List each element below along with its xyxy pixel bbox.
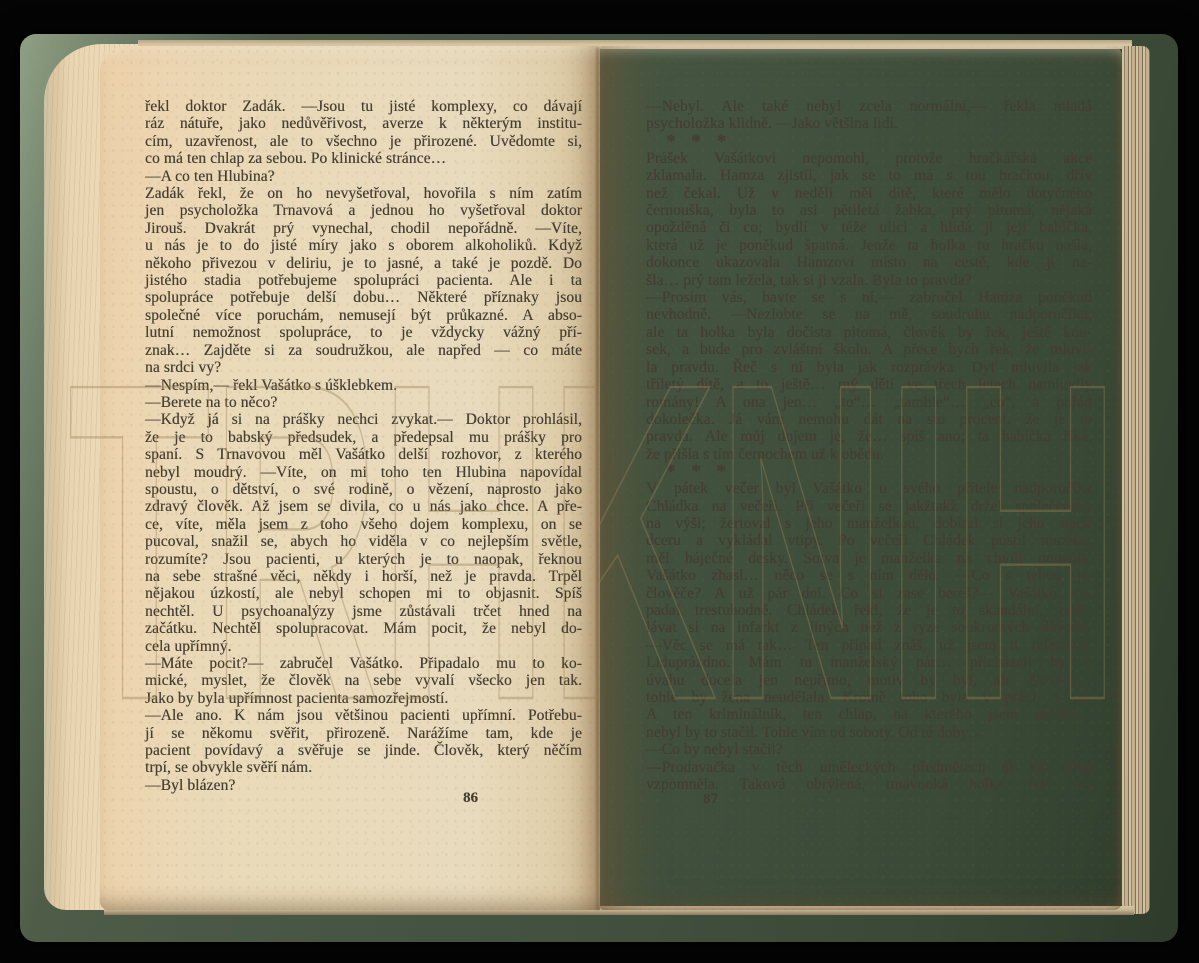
text-line: na sebe strašné věci, někdy i horší, než… <box>145 568 582 585</box>
text-line: lutní nemožnost spolupráce, to je vždyck… <box>145 324 582 341</box>
text-line: nechtěl. U psychoanalýzy jsme zůstávali … <box>145 603 582 620</box>
text-line: na srdci vy? <box>145 359 582 376</box>
text-line: —Byl blázen? <box>145 777 582 794</box>
text-line: Zadák řekl, že on ho nevyšetřoval, hovoř… <box>145 185 582 202</box>
text-line: trpí, se obvykle svěří nám. <box>145 759 582 776</box>
section-separator: * * * <box>646 133 1092 150</box>
text-line: —Prodavačka v těch uměleckých předmětech… <box>646 759 1092 776</box>
text-line: ale ta holka byla dočista pitomá, člověk… <box>646 324 1092 341</box>
text-line: ce, víte, měla jsem z toho všeho dojem k… <box>145 516 582 533</box>
right-page-text: —Nebyl. Ale také nebyl zcela normální,— … <box>646 98 1092 793</box>
text-line: měl báječné desky. Sotva je manželka na … <box>646 550 1092 567</box>
text-line: na výši; žertoval s jeho manželkou, dobí… <box>646 515 1092 532</box>
gutter-crease <box>596 48 599 910</box>
text-line: která už je poněkud špatná. Jenže ta hol… <box>646 237 1092 254</box>
text-line: pucoval, snažil se, abych ho viděla v co… <box>145 533 582 550</box>
text-line: dokonce ukazovala Hamzovi místo na cestě… <box>646 254 1092 271</box>
text-line: znak… Zajděte si za soudružkou, ale např… <box>145 342 582 359</box>
text-line: opožděná či co; bydlí v téže ulici a hlí… <box>646 219 1092 236</box>
page-edge-stack-right <box>1122 46 1150 914</box>
text-line: člověče? A už pár dní. Co si zase bereš?… <box>646 585 1092 602</box>
text-line: nebyl by to stačil. Tohle vím od soboty.… <box>646 724 1092 741</box>
text-line: spoustu, o dětství, o své rodině, o věze… <box>145 481 582 498</box>
text-line: ráz nátuře, jako nedůvěřivost, averze k … <box>145 115 582 132</box>
text-line: Liduprázdno. Mám tu manželský pár… přich… <box>646 654 1092 671</box>
text-line: černouška, byla to asi pětiletá žabka, p… <box>646 202 1092 219</box>
text-line: padal trestuhodně. Chládek řekl, že je t… <box>646 602 1092 619</box>
page-number-right: 87 <box>703 791 718 807</box>
text-line: rozumíte? Jsou pacienti, u kterých je to… <box>145 551 582 568</box>
text-line: jistého stadia potřebujeme spolupráci pa… <box>145 272 582 289</box>
text-line: tříletý dítě, a to ještě… mý děti ve tře… <box>646 376 1092 393</box>
text-line: —Máte pocit?— zabručel Vašátko. Připadal… <box>145 655 582 672</box>
text-line: úvahu docela jen nepřímo, motiv by byl, … <box>646 672 1092 689</box>
text-line: Prášek Vašátkovi nepomohl, protože hračk… <box>646 150 1092 167</box>
text-line: —Věc se má tak… Ten případ znáš, už jsem… <box>646 637 1092 654</box>
text-line: dceru a vykládal vtipy. Po večeři Chláde… <box>646 532 1092 549</box>
text-line: —Prosím vás, bavte se s ní,— zabručel Ha… <box>646 289 1092 306</box>
text-line: lávat si na infarkt z jiných než z ryze … <box>646 619 1092 636</box>
text-line: cela upřímný. <box>145 638 582 655</box>
text-line: —A co ten Hlubina? <box>145 168 582 185</box>
text-line: než čekal. Už v neděli měl dítě, které m… <box>646 185 1092 202</box>
text-line: mické, myslet, že člověk na sebe vyvalí … <box>145 672 582 689</box>
text-line: zdravý člověk. Až jsem se divila, co u n… <box>145 498 582 515</box>
text-line: tohle by žena neudělala. Kromě toho byla… <box>646 689 1092 706</box>
text-line: někoho přivezou v deliriu, je to jasné, … <box>145 255 582 272</box>
text-line: A ten kriminálník, ten chlap, na kterého… <box>646 706 1092 723</box>
text-line: sek, a bude pro zvláštní školu. A přece … <box>646 341 1092 358</box>
section-separator: * * * <box>646 463 1092 480</box>
text-line: la pravdu. Řeč s ní byla jak rozprávka. … <box>646 359 1092 376</box>
text-line: nebyl moudrý. —Víte, on mi toho ten Hlub… <box>145 464 582 481</box>
text-line: jen psycholožka Trnavová a jednou ho vyš… <box>145 202 582 219</box>
book-photo-scene: řekl doktor Zadák. —Jsou tu jisté komple… <box>0 0 1199 963</box>
text-line: Chládka na večeři. Při večeři se jakžtak… <box>646 498 1092 515</box>
text-line: dokolečka. Já vám nemohu dát na sto proc… <box>646 411 1092 428</box>
text-line: V pátek večer byl Vašátko u svého přítel… <box>646 480 1092 497</box>
text-line: nějakou úzkostí, ale nebyl schopen mi to… <box>145 585 582 602</box>
text-line: cím, uzavřenost, ale to všechno je přiro… <box>145 133 582 150</box>
text-line: začátku. Nechtěl spolupracovat. Mám poci… <box>145 620 582 637</box>
text-line: —Nespím,— řekl Vašátko s úšklebkem. <box>145 377 582 394</box>
text-line: —Nebyl. Ale také nebyl zcela normální,— … <box>646 98 1092 115</box>
text-line: pravda. Ale můj dojem je, že… spíš ano; … <box>646 428 1092 445</box>
text-line: pacient povídavý a svěřuje se jinde. Člo… <box>145 742 582 759</box>
text-line: —Ale ano. K nám jsou většinou pacienti u… <box>145 707 582 724</box>
text-line: Jirouš. Dvakrát prý vynechal, chodil nep… <box>145 220 582 237</box>
text-line: řekl doktor Zadák. —Jsou tu jisté komple… <box>145 98 582 115</box>
text-line: spaní. S Trnavovou měl Vašátko delší roz… <box>145 446 582 463</box>
text-line: nevhodně. —Nezlobte se na mě, soudruhu n… <box>646 306 1092 323</box>
text-line: jí se někomu svěřit, přirozeně. Narážíme… <box>145 725 582 742</box>
text-line: spolupráce potřebuje delší dobu… Některé… <box>145 289 582 306</box>
text-line: —Co by nebyl stačil? <box>646 741 1092 758</box>
page-number-left: 86 <box>463 790 478 806</box>
text-line: Jako by byla upřímnost pacienta samozřej… <box>145 690 582 707</box>
text-line: že je to babský předsudek, a předepsal m… <box>145 429 582 446</box>
left-page-text: řekl doktor Zadák. —Jsou tu jisté komple… <box>145 98 582 794</box>
text-line: —Berete na to něco? <box>145 394 582 411</box>
text-line: co má ten chlap za sebou. Po klinické st… <box>145 150 582 167</box>
text-line: šla… prý tam ležela, tak si ji vzala. By… <box>646 272 1092 289</box>
text-line: Vašátko zhasl… něco se s ním dělo. —Co s… <box>646 567 1092 584</box>
text-line: zklamala. Hamza zjistil, jak se to má s … <box>646 167 1092 184</box>
text-line: u nás je to do jisté míry jako s oborem … <box>145 237 582 254</box>
text-line: romány! A ona jen… „to“… „tamhle“… „co“,… <box>646 394 1092 411</box>
text-line: —Když já si na prášky nechci zvykat.— Do… <box>145 411 582 428</box>
text-line: společné více poruchám, nemusejí být prů… <box>145 307 582 324</box>
